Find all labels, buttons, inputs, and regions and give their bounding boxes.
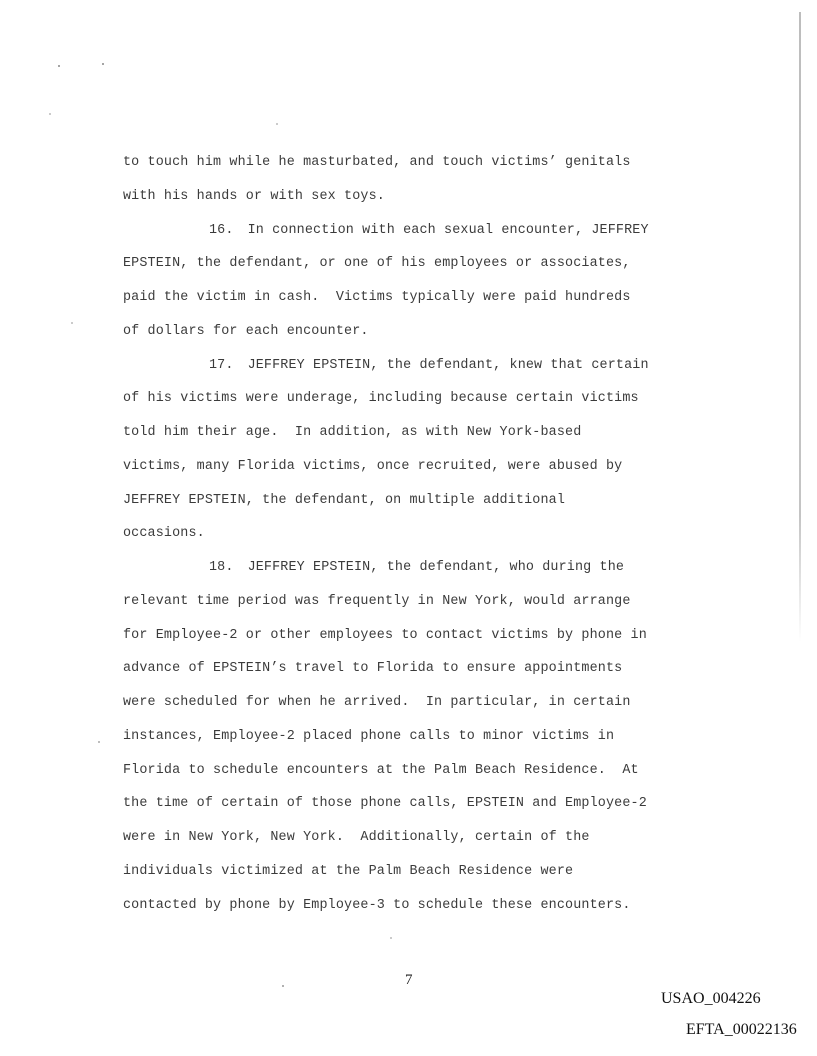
text-line: were scheduled for when he arrived. In p…	[123, 686, 703, 720]
paragraph-number: 17.	[209, 358, 234, 373]
document-page: to touch him while he masturbated, and t…	[0, 0, 817, 1056]
bates-number-efta: EFTA_00022136	[686, 1021, 797, 1039]
paragraph-17-first-line: 17.JEFFREY EPSTEIN, the defendant, knew …	[123, 349, 703, 383]
scan-speck	[71, 322, 73, 324]
paragraph-number: 16.	[209, 223, 234, 238]
paragraph-18-first-line: 18.JEFFREY EPSTEIN, the defendant, who d…	[123, 551, 703, 585]
scan-speck	[282, 985, 284, 987]
text-line: In connection with each sexual encounter…	[248, 223, 649, 238]
paragraph-number: 18.	[209, 560, 234, 575]
text-line: the time of certain of those phone calls…	[123, 787, 703, 821]
text-line: for Employee-2 or other employees to con…	[123, 619, 703, 653]
text-line: individuals victimized at the Palm Beach…	[123, 855, 703, 889]
text-line: advance of EPSTEIN’s travel to Florida t…	[123, 652, 703, 686]
scan-speck	[98, 741, 100, 743]
paragraph-16-first-line: 16.In connection with each sexual encoun…	[123, 214, 703, 248]
text-line: Florida to schedule encounters at the Pa…	[123, 754, 703, 788]
text-line: to touch him while he masturbated, and t…	[123, 146, 703, 180]
text-line: victims, many Florida victims, once recr…	[123, 450, 703, 484]
text-line: relevant time period was frequently in N…	[123, 585, 703, 619]
text-line: JEFFREY EPSTEIN, the defendant, on multi…	[123, 484, 703, 518]
text-line: JEFFREY EPSTEIN, the defendant, knew tha…	[248, 358, 649, 373]
text-line: with his hands or with sex toys.	[123, 180, 703, 214]
body-text: to touch him while he masturbated, and t…	[123, 146, 703, 922]
text-line: instances, Employee-2 placed phone calls…	[123, 720, 703, 754]
text-line: of his victims were underage, including …	[123, 382, 703, 416]
text-line: JEFFREY EPSTEIN, the defendant, who duri…	[248, 560, 625, 575]
text-line: paid the victim in cash. Victims typical…	[123, 281, 703, 315]
bates-number-usao: USAO_004226	[661, 990, 761, 1008]
scan-speck	[58, 65, 60, 67]
text-line: were in New York, New York. Additionally…	[123, 821, 703, 855]
text-line: EPSTEIN, the defendant, or one of his em…	[123, 247, 703, 281]
scan-speck	[276, 123, 278, 125]
scan-speck	[49, 113, 51, 115]
text-line: contacted by phone by Employee-3 to sche…	[123, 889, 703, 923]
text-line: occasions.	[123, 517, 703, 551]
page-number: 7	[405, 972, 413, 989]
text-line: of dollars for each encounter.	[123, 315, 703, 349]
scan-speck	[102, 63, 104, 65]
scan-edge-line	[799, 12, 801, 642]
scan-speck	[390, 937, 392, 939]
text-line: told him their age. In addition, as with…	[123, 416, 703, 450]
